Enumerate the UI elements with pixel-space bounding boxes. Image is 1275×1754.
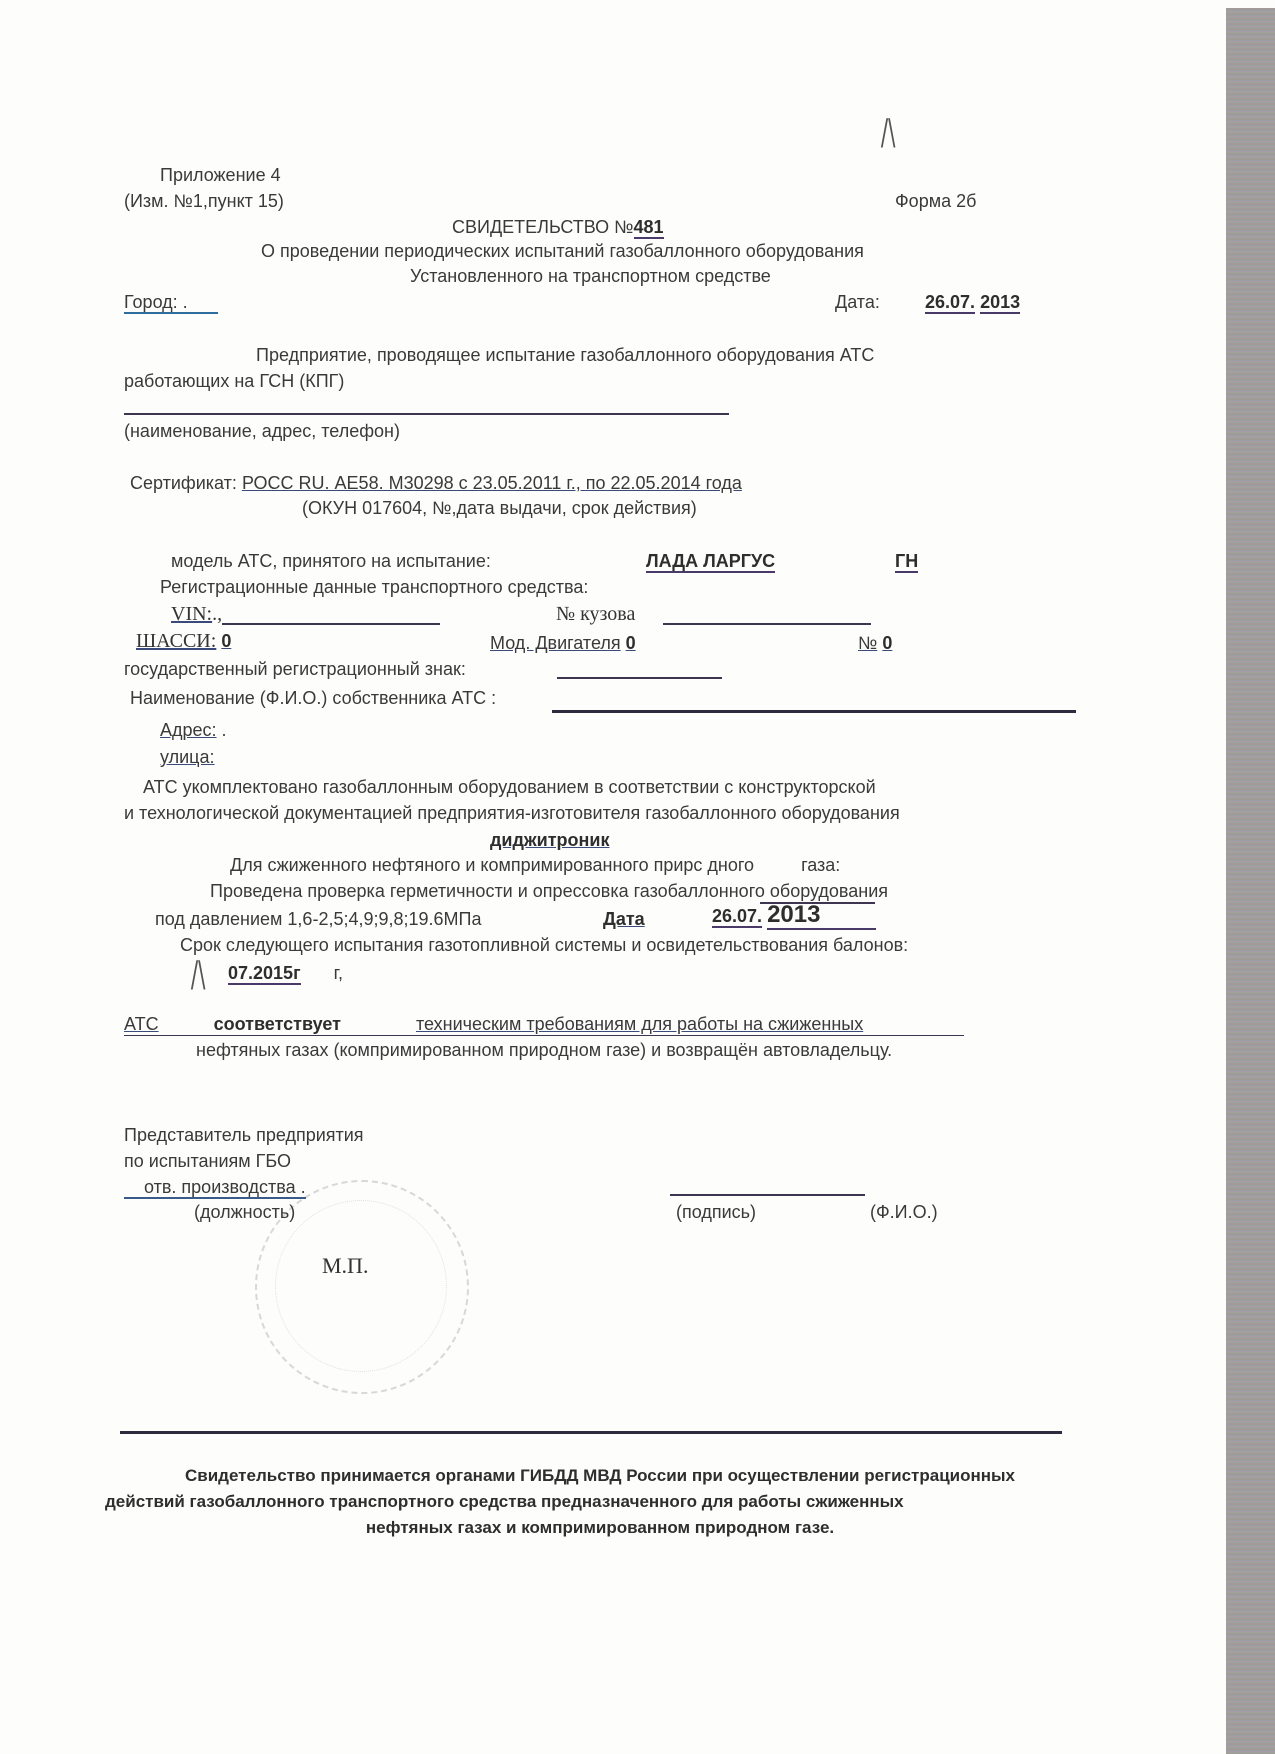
street-field: улица: bbox=[160, 746, 214, 768]
amendment-label: (Изм. №1,пункт 15) bbox=[124, 190, 284, 212]
subtitle-2: Установленного на транспортном средстве bbox=[410, 265, 771, 287]
subtitle-1: О проведении периодических испытаний газ… bbox=[261, 240, 864, 262]
scanner-edge bbox=[1226, 8, 1275, 1754]
seal-label: М.П. bbox=[322, 1255, 368, 1277]
enterprise-line-1: Предприятие, проводящее испытание газоба… bbox=[256, 344, 874, 366]
handwritten-check-mark: /\ bbox=[881, 112, 896, 153]
rep-line-2: по испытаниям ГБО bbox=[124, 1150, 291, 1172]
enterprise-caption: (наименование, адрес, телефон) bbox=[124, 420, 400, 442]
model-suffix: ГН bbox=[895, 550, 918, 572]
model-value: ЛАДА ЛАРГУС bbox=[646, 550, 775, 572]
vin-field: VIN:., bbox=[171, 603, 222, 625]
next-test-label: Срок следующего испытания газотопливной … bbox=[180, 934, 908, 956]
equipment-line-1: АТС укомплектовано газобаллонным оборудо… bbox=[143, 776, 876, 798]
certificate-value: РОСС RU. АЕ58. М30298 с 23.05.2011 г., п… bbox=[242, 473, 742, 493]
footer-divider bbox=[120, 1431, 1062, 1434]
model-label: модель АТС, принятого на испытание: bbox=[171, 550, 491, 572]
conclusion-line-1: АТС соответствует техническим требования… bbox=[124, 1013, 863, 1035]
certificate-number: 481 bbox=[634, 217, 664, 239]
form-label: Форма 2б bbox=[895, 190, 976, 212]
number-field: № 0 bbox=[858, 632, 892, 654]
test-date-label: Дата bbox=[603, 908, 645, 930]
address-field: Адрес: . bbox=[160, 719, 227, 741]
position-value: отв. производства . bbox=[124, 1176, 306, 1198]
seal-stamp-inner bbox=[275, 1200, 447, 1372]
owner-label: Наименование (Ф.И.О.) собственника АТС : bbox=[130, 687, 496, 709]
plate-fill-line bbox=[557, 677, 722, 679]
footer-line-3: нефтяных газах и компримированном природ… bbox=[100, 1517, 1100, 1539]
manufacturer: диджитроник bbox=[490, 829, 610, 851]
page-title: СВИДЕТЕЛЬСТВО №481 bbox=[452, 216, 664, 238]
title-prefix: СВИДЕТЕЛЬСТВО № bbox=[452, 217, 634, 237]
owner-fill-line bbox=[552, 710, 1076, 713]
plate-label: государственный регистрационный знак: bbox=[124, 658, 466, 680]
handwritten-check-mark-2: /\ bbox=[191, 954, 206, 995]
gas-line: Для сжиженного нефтяного и компримирован… bbox=[230, 854, 840, 876]
conclusion-status: соответствует bbox=[214, 1014, 341, 1034]
city-field: Город: . bbox=[124, 291, 218, 313]
name-caption: (Ф.И.О.) bbox=[870, 1201, 938, 1223]
date-value: 26.07. 2013 bbox=[925, 291, 1020, 313]
footer-line-1: Свидетельство принимается органами ГИБДД… bbox=[100, 1465, 1100, 1487]
enterprise-fill-line bbox=[124, 413, 729, 415]
certificate-caption: (ОКУН 017604, №,дата выдачи, срок действ… bbox=[302, 497, 697, 519]
position-caption: (должность) bbox=[194, 1201, 295, 1223]
footer-line-2: действий газобаллонного транспортного ср… bbox=[105, 1491, 904, 1513]
test-line: Проведена проверка герметичности и опрес… bbox=[210, 880, 888, 902]
signature-caption: (подпись) bbox=[676, 1201, 756, 1223]
conclusion-line-2: нефтяных газах (компримированном природн… bbox=[196, 1039, 892, 1061]
date-label: Дата: bbox=[835, 291, 880, 313]
pressure-label: под давлением 1,6-2,5;4,9;9,8;19.6МПа bbox=[155, 908, 482, 930]
equipment-line-2: и технологической документацией предприя… bbox=[124, 802, 900, 824]
body-number-label: № кузова bbox=[556, 603, 635, 625]
engine-field: Мод. Двигателя 0 bbox=[490, 632, 636, 654]
body-number-fill-line bbox=[663, 623, 871, 625]
reg-data-label: Регистрационные данные транспортного сре… bbox=[160, 576, 588, 598]
conclusion-underline bbox=[124, 1035, 964, 1036]
signature-line bbox=[670, 1194, 865, 1196]
vin-fill-line bbox=[222, 623, 440, 625]
enterprise-line-2: работающих на ГСН (КПГ) bbox=[124, 370, 344, 392]
appendix-label: Приложение 4 bbox=[160, 164, 281, 186]
test-date-value: 26.07. 2013 bbox=[712, 904, 876, 927]
rep-line-1: Представитель предприятия bbox=[124, 1124, 364, 1146]
chassis-field: ШАССИ: 0 bbox=[136, 630, 231, 652]
next-test-value: 07.2015г г, bbox=[228, 962, 343, 984]
certificate-row: Сертификат: РОСС RU. АЕ58. М30298 с 23.0… bbox=[130, 472, 742, 494]
